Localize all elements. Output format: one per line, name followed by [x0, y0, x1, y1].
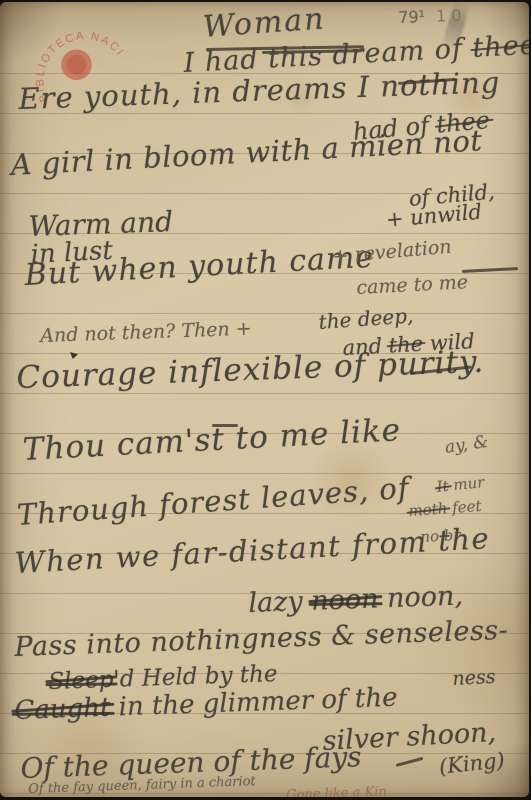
poem-line: A girl in bloom with a mien not [10, 125, 483, 180]
manuscript-photo: BIBLIOTECA NACIONAL 79¹ 1 0 Woman I had … [0, 0, 531, 800]
inserted-words: It mur [436, 475, 485, 496]
manuscript-page: BIBLIOTECA NACIONAL 79¹ 1 0 Woman I had … [0, 2, 529, 797]
poem-line: When we far-distant from the [14, 523, 491, 578]
poem-line: Pass into nothingness & senseless- [14, 617, 509, 663]
inserted-words: moth feet [408, 499, 482, 520]
poem-line-small: Gone like a Kin [286, 785, 387, 797]
page-number: 79¹ 1 0 [398, 8, 462, 27]
inserted-words: the deep, [318, 305, 414, 333]
inserted-words: (King) [438, 749, 506, 778]
ink-stroke [462, 267, 518, 272]
poem-line: lazy noon noon, [248, 583, 463, 619]
poem-line: Courage inflexible of purity. [16, 346, 485, 395]
inserted-words: ay, & [444, 434, 489, 458]
inserted-words: came to me [356, 273, 469, 299]
ink-stroke [396, 757, 424, 767]
poem-line: And not then? Then + [40, 320, 252, 347]
poem-line: Thou cam'st to me like [22, 414, 402, 466]
inserted-words: ness [452, 668, 496, 690]
poem-line: Through forest leaves, of [16, 473, 410, 531]
inserted-words: + unwild [385, 201, 483, 231]
poem-title: Woman [202, 3, 326, 43]
